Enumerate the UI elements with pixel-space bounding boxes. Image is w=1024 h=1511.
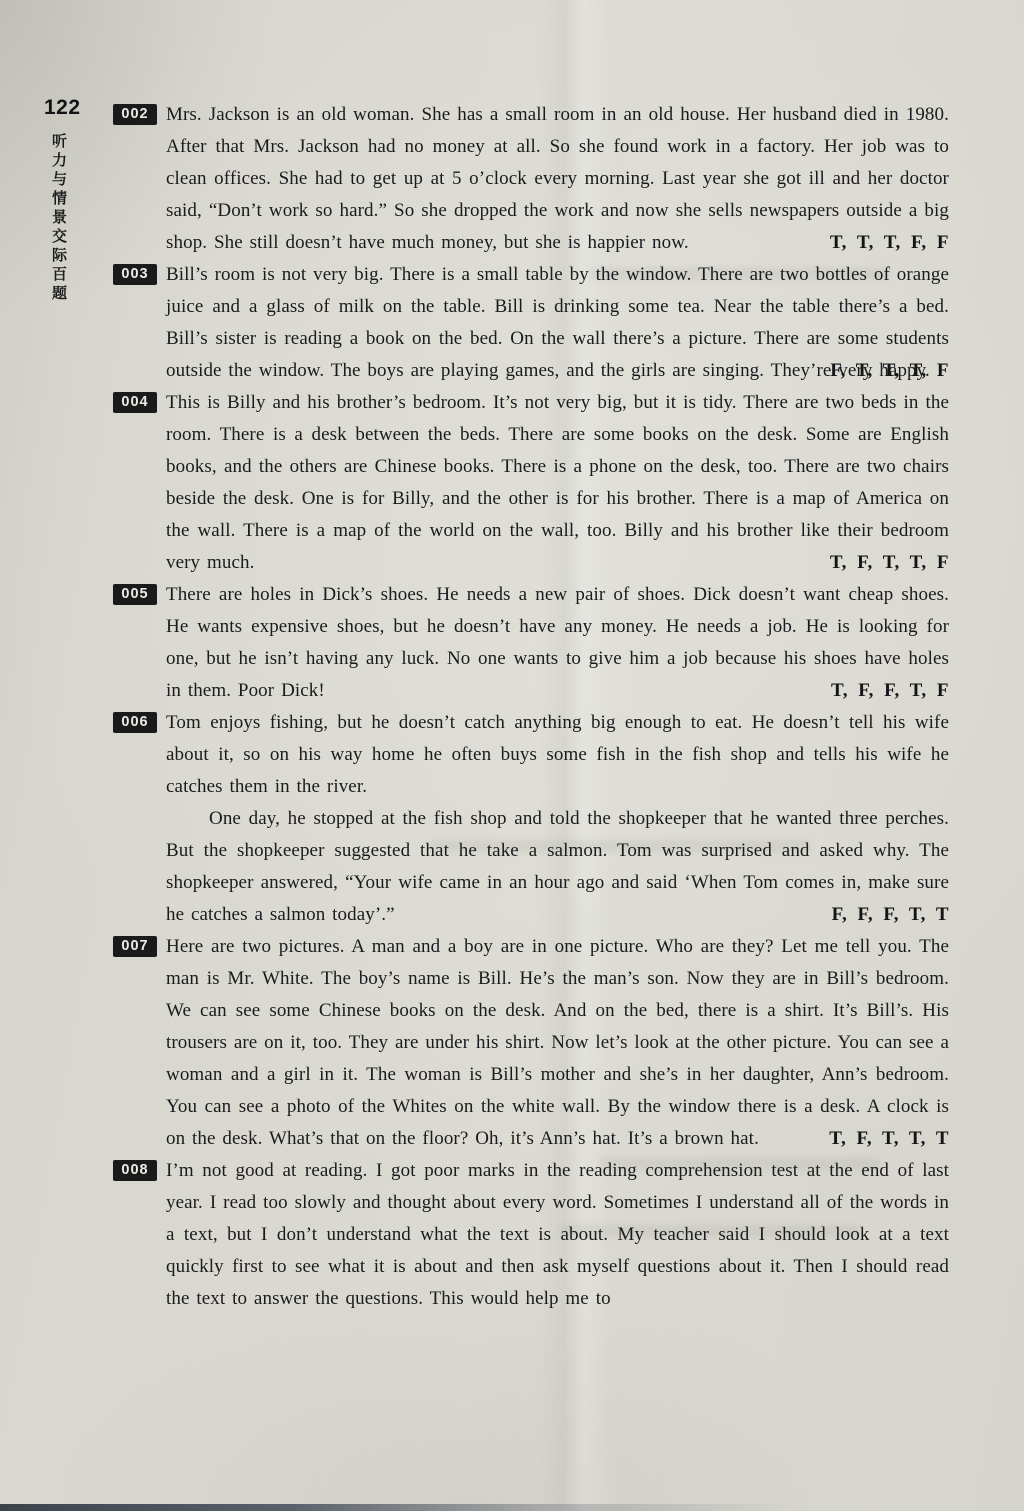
passage-003: 003 Bill’s room is not very big. There i… bbox=[113, 259, 949, 387]
answer-key: T, F, F, T, F bbox=[831, 675, 949, 707]
passage-paragraph: One day, he stopped at the fish shop and… bbox=[166, 803, 949, 931]
answer-key: T, F, T, T, T bbox=[829, 1123, 949, 1155]
passage-paragraph: Bill’s room is not very big. There is a … bbox=[166, 259, 949, 387]
passage-paragraph: There are holes in Dick’s shoes. He need… bbox=[166, 579, 949, 707]
passage-text: This is Billy and his brother’s bedroom.… bbox=[166, 392, 949, 573]
passage-004: 004 This is Billy and his brother’s bedr… bbox=[113, 387, 949, 579]
passage-007: 007 Here are two pictures. A man and a b… bbox=[113, 931, 949, 1155]
passage-paragraph: Here are two pictures. A man and a boy a… bbox=[166, 931, 949, 1155]
passage-text: Tom enjoys fishing, but he doesn’t catch… bbox=[166, 712, 949, 797]
passage-text: I’m not good at reading. I got poor mark… bbox=[166, 1160, 949, 1309]
passage-number-badge: 002 bbox=[113, 104, 157, 125]
passage-paragraph: Mrs. Jackson is an old woman. She has a … bbox=[166, 99, 949, 259]
scan-edge-shadow bbox=[0, 1504, 1024, 1511]
passage-number-badge: 008 bbox=[113, 1160, 157, 1181]
passage-paragraph: Tom enjoys fishing, but he doesn’t catch… bbox=[166, 707, 949, 803]
passage-006: 006 Tom enjoys fishing, but he doesn’t c… bbox=[113, 707, 949, 931]
passage-paragraph: This is Billy and his brother’s bedroom.… bbox=[166, 387, 949, 579]
answer-key: T, T, T, F, F bbox=[830, 227, 949, 259]
passage-number-badge: 005 bbox=[113, 584, 157, 605]
passage-number-badge: 006 bbox=[113, 712, 157, 733]
passages-column: 002 Mrs. Jackson is an old woman. She ha… bbox=[113, 99, 949, 1315]
passage-008: 008 I’m not good at reading. I got poor … bbox=[113, 1155, 949, 1315]
answer-key: F, F, F, T, T bbox=[832, 899, 949, 931]
passage-number-badge: 007 bbox=[113, 936, 157, 957]
passage-005: 005 There are holes in Dick’s shoes. He … bbox=[113, 579, 949, 707]
page-number: 122 bbox=[44, 96, 81, 120]
passage-002: 002 Mrs. Jackson is an old woman. She ha… bbox=[113, 99, 949, 259]
passage-number-badge: 004 bbox=[113, 392, 157, 413]
sidebar-chapter-title: 听力与情景交际百题 bbox=[48, 133, 69, 304]
passage-text: Here are two pictures. A man and a boy a… bbox=[166, 936, 949, 1149]
passage-number-badge: 003 bbox=[113, 264, 157, 285]
answer-key: F, T, T, T, F bbox=[830, 355, 949, 387]
answer-key: T, F, T, T, F bbox=[830, 547, 949, 579]
passage-paragraph: I’m not good at reading. I got poor mark… bbox=[166, 1155, 949, 1315]
